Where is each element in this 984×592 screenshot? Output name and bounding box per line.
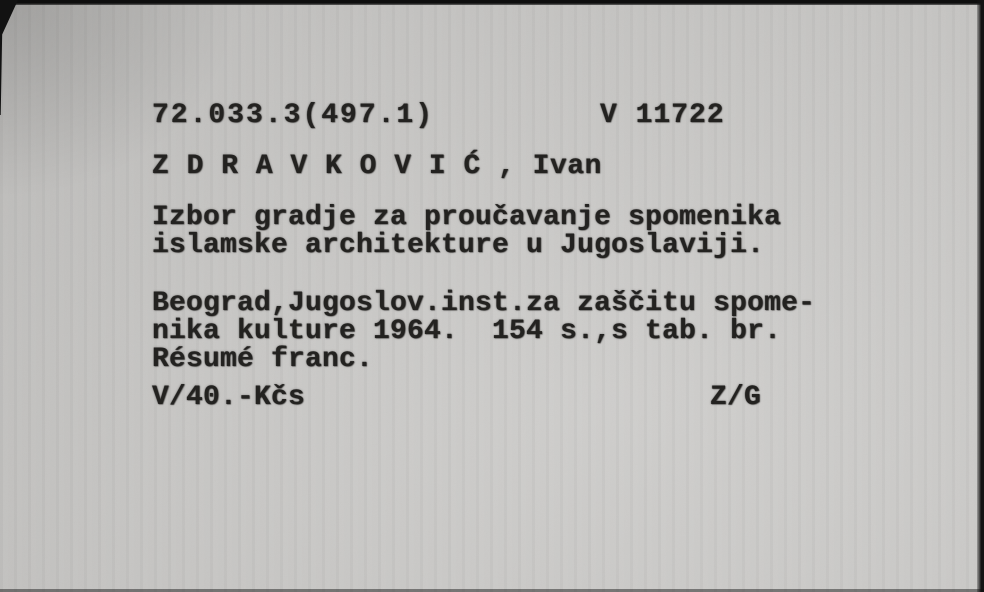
scan-edge-left	[0, 0, 18, 115]
author-heading: Z D R A V K O V I Ć , Ivan	[152, 152, 602, 182]
cataloguer-initials: Z/G	[710, 383, 761, 413]
price-note: V/40.-Kčs	[152, 383, 305, 413]
shelfmark: V 11722	[600, 101, 725, 131]
scan-edge-top	[0, 0, 984, 5]
scan-edge-right	[977, 0, 984, 592]
catalog-card-scan: 72.033.3(497.1) V 11722 Z D R A V K O V …	[0, 0, 984, 592]
imprint-line-2: nika kulture 1964. 154 s.,s tab. br.	[152, 317, 781, 347]
classification-number: 72.033.3(497.1)	[152, 101, 434, 131]
title-line-1: Izbor gradje za proučavanje spomenika	[152, 203, 781, 233]
title-line-2: islamske architekture u Jugoslaviji.	[152, 231, 764, 261]
imprint-line-1: Beograd,Jugoslov.inst.za zaščitu spome-	[152, 289, 815, 319]
language-note: Résumé franc.	[152, 345, 373, 375]
